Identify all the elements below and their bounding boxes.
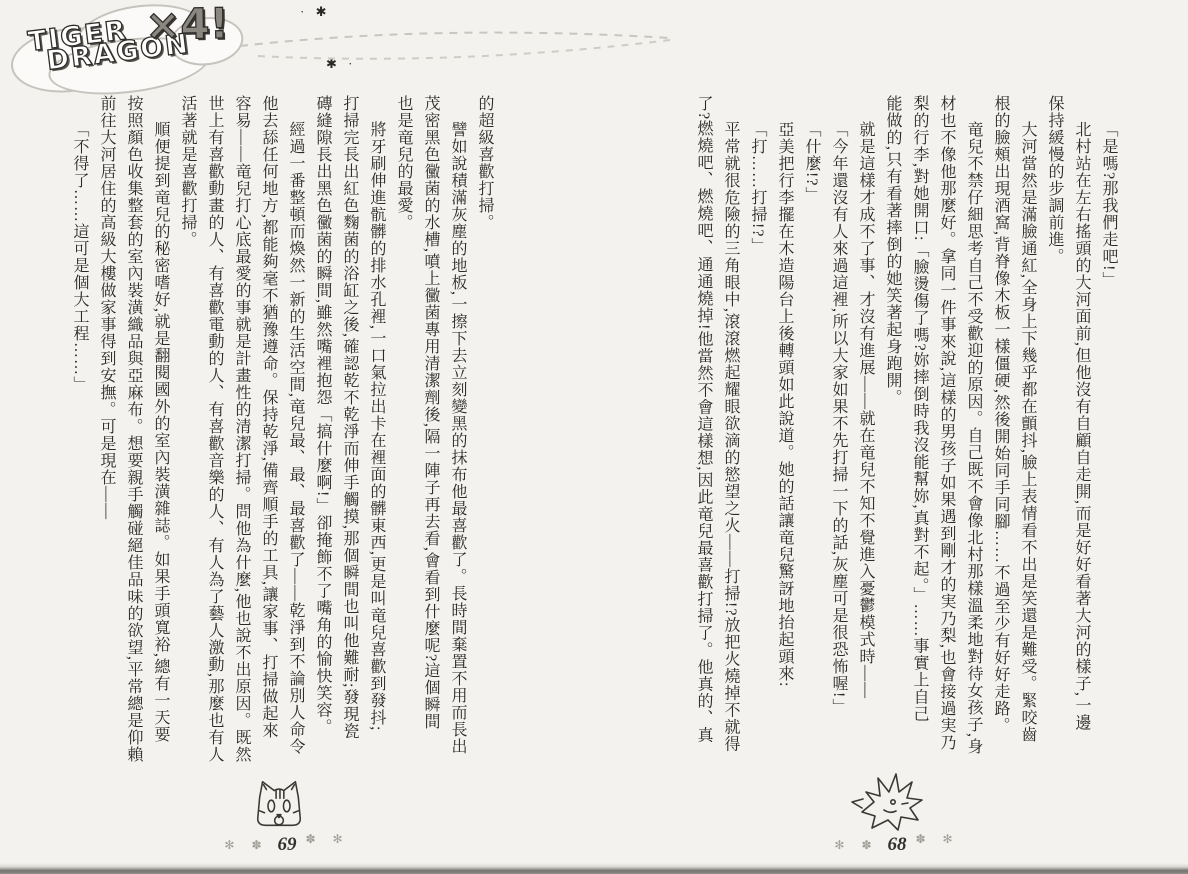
text-line: 磚縫隙長出黑色黴菌的瞬間,雖然嘴裡抱怨「搞什麼啊!」卻掩飾不了嘴角的愉快笑容。 [309, 95, 336, 797]
sparkle-icon: ✽ ✻ [916, 832, 960, 847]
text-line: 能做的,只有看著摔倒的她笑著起身跑開。 [879, 95, 906, 797]
text-line: 大河當然是滿臉通紅,全身上下幾乎都在顫抖,臉上表情看不出是笑還是難受。緊咬齒 [1014, 95, 1041, 797]
text-line: 譬如說積滿灰塵的地板,一擦下去立刻變黑的抹布他最喜歡了。長時間棄置不用而長出 [444, 95, 471, 797]
text-line: 將牙刷伸進骯髒的排水孔裡,一口氣拉出卡在裡面的髒東西,更是叫竜兒喜歡到發抖; [363, 95, 390, 797]
sparkle-icon: ✻ ✽ [834, 838, 878, 853]
scan-bottom-edge [0, 863, 1188, 874]
logo-x4-text: ×4! [145, 0, 229, 49]
text-line: 根的臉頰出現酒窩,背脊像木板一樣僵硬,然後開始同手同腳……不過至少有好好走路。 [987, 95, 1014, 797]
text-line: 順便提到竜兒的秘密嗜好,就是翻閱國外的室內裝潢雜誌。如果手頭寬裕,總有一天要 [147, 95, 174, 797]
page-68-text-block: 「是嗎?那我們走吧!」北村站在左右搖頭的大河面前,但他沒有自顧自走開,而是好好看… [682, 95, 1122, 797]
text-line: 的超級喜歡打掃。 [471, 95, 498, 797]
cloud-tail-dashed-line [238, 22, 678, 66]
text-line: 世上有喜歡動畫的人、有喜歡電動的人、有喜歡音樂的人、有人為了藝人激動,那麼也有人 [201, 95, 228, 797]
sparkle-icon: ✽ ✻ [306, 832, 350, 847]
page-number: 69 [278, 834, 297, 856]
text-line: 容易——竜兒打心底最愛的事就是計畫性的清潔打掃。問他為什麼,他也說不出原因。既然 [228, 95, 255, 797]
text-line: 就是這樣才成不了事、才沒有進展——就在竜兒不知不覺進入憂鬱模式時—— [852, 95, 879, 797]
text-line: 活著就是喜歡打掃。 [174, 95, 201, 797]
page-number-row: ✻ ✽ 69 ✽ ✻ [212, 834, 362, 856]
book-scan-spread: { "logo": { "tiger": "TIGER", "dragon": … [0, 0, 1188, 874]
text-line: 「什麼!?」 [798, 95, 825, 797]
text-line: 也是竜兒的最愛。 [390, 95, 417, 797]
text-line: 材也不像他那麼好。拿同一件事來說,這樣的男孩子如果遇到剛才的実乃梨,也會接過実乃 [933, 95, 960, 797]
text-line: 竜兒不禁仔細思考自己不受歡迎的原因。自己既不會像北村那樣溫柔地對待女孩子,身 [960, 95, 987, 797]
text-line: 「是嗎?那我們走吧!」 [1095, 95, 1122, 797]
text-line: 亞美把行李擺在木造陽台上後轉頭如此說道。她的話讓竜兒驚訝地抬起頭來: [771, 95, 798, 797]
text-line: 經過一番整頓而煥然一新的生活空間,竜兒最、最、最喜歡了——乾淨到不論別人命令 [282, 95, 309, 797]
page-69-text-block: 的超級喜歡打掃。譬如說積滿灰塵的地板,一擦下去立刻變黑的抹布他最喜歡了。長時間棄… [58, 95, 498, 797]
text-line: 茂密黑色黴菌的水槽,噴上黴菌專用清潔劑後,隔一陣子再去看,會看到什麼呢?這個瞬間 [417, 95, 444, 797]
tiger-cat-mascot-icon [250, 776, 308, 834]
dragon-mascot-icon [846, 770, 930, 836]
series-logo: TIGER DRAGON ×4! [15, 0, 254, 110]
text-line: 「不得了……這可是個大工程……」 [66, 95, 93, 797]
sparkle-icon: · ✱ [300, 4, 330, 20]
text-line: 打掃完長出紅色麴菌的浴缸之後,確認乾不乾淨而伸手觸摸,那個瞬間也叫他難耐;發現瓷 [336, 95, 363, 797]
text-line: 梨的行李,對她開口:「臉燙傷了嗎?妳摔倒時我沒能幫妳,真對不起。」……事實上自己 [906, 95, 933, 797]
text-line: 「今年還沒有人來過這裡,所以大家如果不先打掃一下的話,灰塵可是很恐怖喔!」 [825, 95, 852, 797]
text-line: 「打……打掃!?」 [744, 95, 771, 797]
text-line: 保持緩慢的步調前進。 [1041, 95, 1068, 797]
text-line: 按照顏色收集整套的室內裝潢織品與亞麻布。想要親手觸碰絕佳品味的欲望,平常總是仰賴 [120, 95, 147, 797]
sparkle-icon: ✻ ✽ [224, 838, 268, 853]
text-line: 了?燃燒吧、燃燒吧、通通燒掉!他當然不會這樣想,因此竜兒最喜歡打掃了。他真的、真 [690, 95, 717, 797]
text-line: 他去舔任何地方,都能夠毫不猶豫遵命。保持乾淨,備齊順手的工具,讓家事、打掃做起來 [255, 95, 282, 797]
page-number: 68 [888, 834, 907, 856]
text-line: 前往大河居住的高級大樓做家事得到安撫。可是現在—— [93, 95, 120, 797]
text-line: 平常就很危險的三角眼中,滾滾燃起耀眼欲滴的慾望之火——打掃!?放把火燒掉不就得 [717, 95, 744, 797]
page-number-row: ✻ ✽ 68 ✽ ✻ [822, 834, 972, 856]
text-line: 北村站在左右搖頭的大河面前,但他沒有自顧自走開,而是好好看著大河的樣子,一邊 [1068, 95, 1095, 797]
